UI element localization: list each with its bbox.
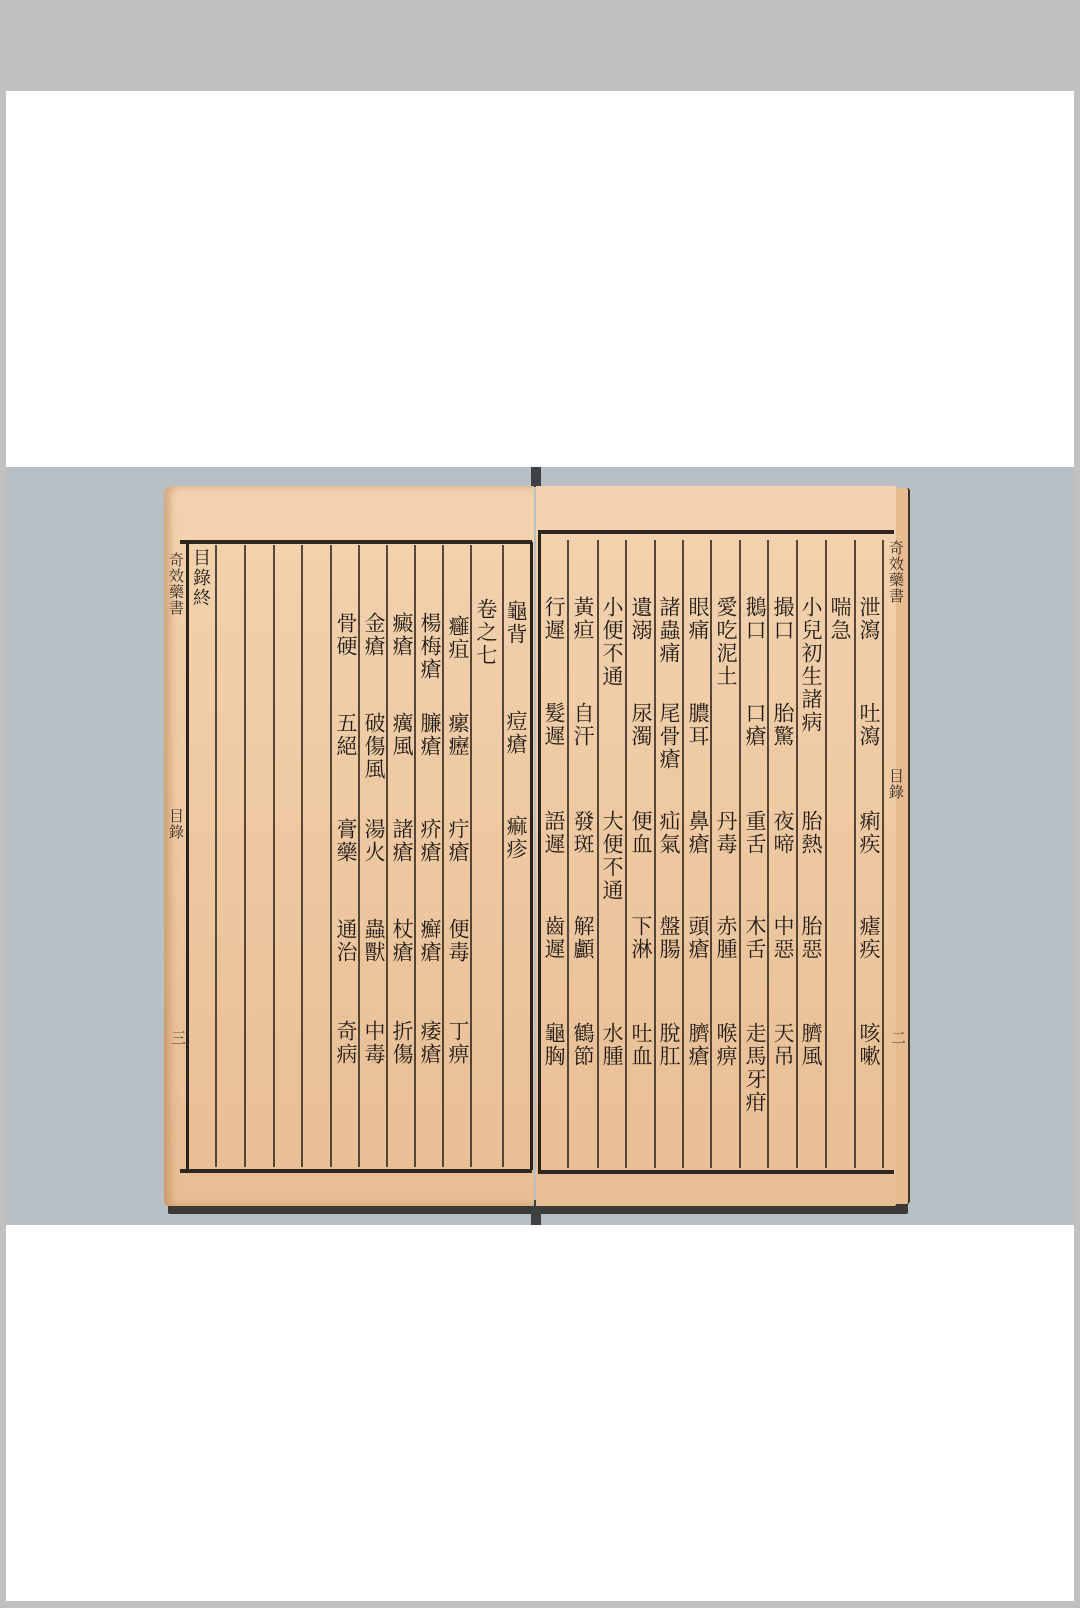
left-margin-title: 奇效藥書 [164,552,188,616]
toc-entry: 行遲 [542,596,566,642]
left-margin-page-number: 三 [166,1030,190,1046]
toc-entry: 語遲 [542,810,566,856]
column-rule [470,545,472,1167]
toc-entry: 頭瘡 [686,915,710,961]
toc-entry: 癜瘡 [390,612,414,658]
toc-entry: 鼻瘡 [686,810,710,856]
toc-entry: 夜啼 [771,810,795,856]
toc-entry: 下淋 [629,915,653,961]
column-rule [796,540,798,1168]
toc-entry: 痿瘡 [418,1020,442,1066]
right-page-top-border [538,530,894,534]
right-margin-section: 目錄 [884,768,908,800]
toc-entry: 尿濁 [629,702,653,748]
toc-entry: 癘風 [390,712,414,758]
toc-entry: 丹毒 [714,810,738,856]
toc-entry: 重舌 [743,810,767,856]
toc-entry: 楊梅瘡 [418,612,442,681]
toc-entry: 瘧疾 [857,915,881,961]
toc-entry: 通治 [334,918,358,964]
toc-entry: 鵝口 [743,596,767,642]
toc-entry: 湯火 [362,818,386,864]
toc-entry: 盤腸 [657,915,681,961]
toc-entry: 胎惡 [799,915,823,961]
toc-entry: 疥瘡 [418,818,442,864]
toc-entry: 遺溺 [629,596,653,642]
left-page-margin-line [186,542,189,1170]
toc-entry: 瘰癧 [446,712,470,758]
column-rule [273,545,275,1167]
column-rule [442,545,444,1167]
toc-entry: 吐血 [629,1022,653,1068]
toc-entry: 破傷風 [362,712,386,781]
toc-entry: 中惡 [771,915,795,961]
toc-entry: 胎熱 [799,810,823,856]
toc-entry: 杖瘡 [390,918,414,964]
column-rule [567,540,569,1168]
toc-entry: 臁瘡 [418,712,442,758]
toc-entry: 痘瘡 [504,710,528,756]
toc-entry: 癰疽 [446,615,470,661]
toc-entry: 便血 [629,810,653,856]
toc-entry: 吐瀉 [857,702,881,748]
toc-entry: 口瘡 [743,702,767,748]
toc-entry: 尾骨瘡 [657,702,681,771]
right-page-margin-line [882,540,884,1168]
left-page-bottom-border [180,1169,532,1173]
column-rule [244,545,246,1167]
toc-entry: 自汗 [571,702,595,748]
column-rule [597,540,599,1168]
column-rule [767,540,769,1168]
toc-entry: 胎驚 [771,702,795,748]
toc-entry: 疔瘡 [446,818,470,864]
toc-entry: 解顱 [571,915,595,961]
left-page-inner-border [530,542,533,1170]
toc-entry: 癬瘡 [418,918,442,964]
toc-entry: 大便不通 [600,810,624,902]
toc-entry: 龜胸 [542,1022,566,1068]
toc-entry: 走馬牙疳 [743,1022,767,1114]
toc-entry: 骨硬 [334,612,358,658]
toc-entry: 喉痹 [714,1022,738,1068]
toc-entry: 泄瀉 [857,596,881,642]
toc-entry: 五絕 [334,712,358,758]
left-page-top-border [180,540,532,544]
toc-entry: 小便不通 [600,596,624,688]
column-rule [215,545,217,1167]
column-rule [825,540,827,1168]
toc-entry: 赤腫 [714,915,738,961]
toc-entry: 痢疾 [857,810,881,856]
toc-entry: 小兒初生諸病 [799,596,823,734]
toc-entry: 疝氣 [657,810,681,856]
toc-entry: 水腫 [600,1022,624,1068]
toc-entry: 奇病 [334,1020,358,1066]
toc-entry: 眼痛 [686,596,710,642]
toc-entry: 蟲獸 [362,918,386,964]
toc-entry: 天吊 [771,1022,795,1068]
toc-entry: 金瘡 [362,612,386,658]
column-rule [739,540,741,1168]
toc-entry: 便毒 [446,918,470,964]
toc-entry: 愛吃泥土 [714,596,738,688]
toc-entry: 膿耳 [686,702,710,748]
toc-entry: 喘急 [828,596,852,642]
column-rule [682,540,684,1168]
column-rule [358,545,360,1167]
toc-entry: 咳嗽 [857,1022,881,1068]
volume-heading: 卷之七 [474,598,498,667]
toc-entry: 中毒 [362,1020,386,1066]
toc-entry: 臍風 [799,1022,823,1068]
toc-entry: 鶴節 [571,1022,595,1068]
toc-entry: 脫肛 [657,1022,681,1068]
toc-entry: 痲疹 [504,815,528,861]
right-margin-title: 奇效藥書 [884,540,908,604]
column-rule [625,540,627,1168]
column-rule [386,545,388,1167]
column-rule [854,540,856,1168]
toc-entry: 發斑 [571,810,595,856]
left-margin-section: 目錄 [164,808,188,840]
column-rule [710,540,712,1168]
toc-entry: 諸蟲痛 [657,596,681,665]
column-rule [301,545,303,1167]
right-margin-page-number: 二 [886,1030,910,1046]
toc-entry: 折傷 [390,1020,414,1066]
toc-entry: 髮遲 [542,702,566,748]
toc-entry: 龜背 [504,600,528,646]
column-rule [654,540,656,1168]
toc-entry: 諸瘡 [390,818,414,864]
toc-entry: 黃疸 [571,596,595,642]
toc-end-marker: 目錄終 [188,548,212,608]
toc-entry: 臍瘡 [686,1022,710,1068]
toc-entry: 齒遲 [542,915,566,961]
toc-entry: 膏藥 [334,818,358,864]
column-rule [330,545,332,1167]
column-rule [414,545,416,1167]
spine-top [531,467,541,487]
toc-entry: 木舌 [743,915,767,961]
toc-entry: 撮口 [771,596,795,642]
right-page-inner-border [538,530,541,1172]
right-page-bottom-border [538,1170,894,1174]
toc-entry: 丁痹 [446,1020,470,1066]
